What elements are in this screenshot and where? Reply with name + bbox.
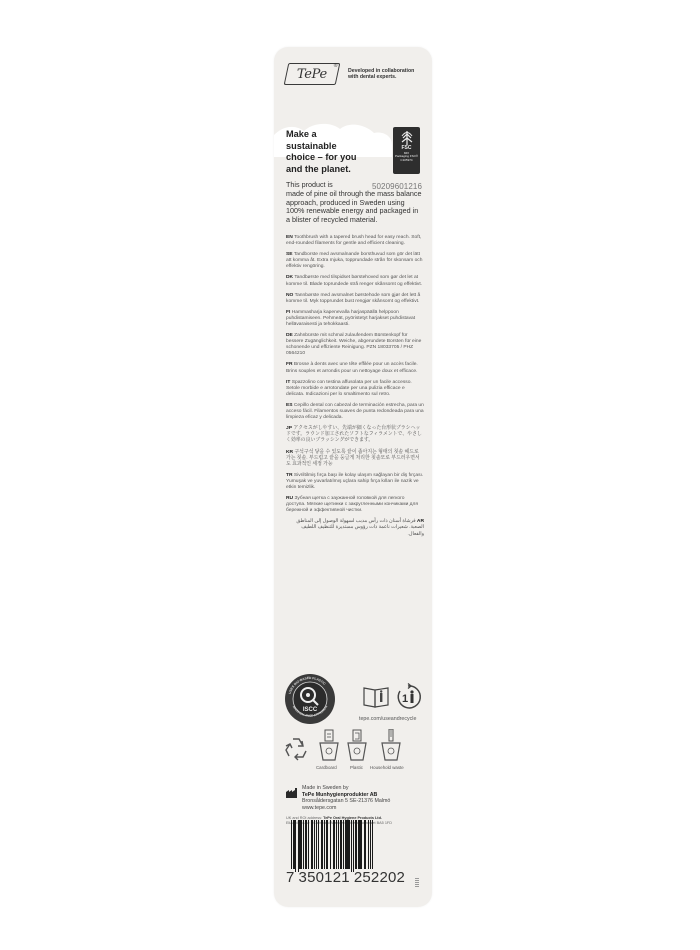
lang-se: SE Tandborste med avsmalnande borsthuvud…: [286, 252, 424, 270]
lang-es: ES Cepillo dental con cabezal de termina…: [286, 403, 424, 421]
svg-text:ISCC: ISCC: [303, 707, 318, 713]
plastic-label: Plastic: [350, 765, 363, 770]
product-package-back: TePe ® Developed in collaboration with d…: [274, 47, 432, 907]
cardboard-label: Cardboard: [316, 765, 337, 770]
lang-en: EN Toothbrush with a tapered brush head …: [286, 235, 424, 247]
lang-ar: AR فرشاة أسنان ذات رأس مدبب لسهولة الوصو…: [286, 519, 424, 537]
iscc-badge-icon: ISCC USES BIO-BASED PLASTIC MASS BALANCE…: [284, 673, 336, 725]
barcode-digits: 7350121252202: [286, 869, 405, 886]
lot-code: [415, 878, 419, 888]
lang-dk: DK Tandbørste med tilspidset børstehoved…: [286, 275, 424, 287]
cardboard-bin-icon: [318, 729, 340, 763]
household-waste-bin-icon: [380, 729, 402, 763]
factory-icon: [286, 788, 298, 798]
svg-text:1: 1: [402, 693, 408, 705]
lang-kr: KR 구석구석 닿을 수 있도록 끝이 좁아지는 형태의 칫솔 헤드로 가는 칫…: [286, 450, 424, 468]
lang-tr: TR Sivriltilmiş fırça başı ile kolay ula…: [286, 473, 424, 491]
disposal-instructions: Cardboard Plastic Household waste: [284, 729, 424, 775]
intro-text: 50209601216 This product is made of pine…: [286, 181, 424, 225]
fsc-label: FSC MIX Packaging FSC® C105974: [393, 127, 420, 174]
fsc-tree-icon: [399, 130, 415, 146]
language-descriptions: EN Toothbrush with a tapered brush head …: [286, 235, 424, 538]
recycle-url[interactable]: tepe.com/useandrecycle: [359, 716, 416, 722]
article-code: 50209601216: [372, 183, 422, 192]
lang-it: IT Spazzolino con testina affusolata per…: [286, 380, 424, 398]
lang-jp: JP アクセスがしやすい、先端が細くなった台形状ブラシヘッドです。ラウンド加工さ…: [286, 426, 424, 444]
recycle-icon: [284, 735, 310, 763]
lang-de: DE Zahnbürste mit schmal zulaufendem Bür…: [286, 333, 424, 357]
plastic-bin-icon: [346, 729, 368, 763]
lang-fi: FI Hammasharja kapenevalla harjaspäällä …: [286, 310, 424, 328]
lang-fr: FR Brosse à dents avec une tête effilée …: [286, 362, 424, 374]
instructions-book-icon: [362, 685, 390, 709]
certification-icons: ISCC USES BIO-BASED PLASTIC MASS BALANCE…: [284, 673, 424, 729]
household-waste-label: Household waste: [370, 765, 404, 770]
brand-header: TePe ® Developed in collaboration with d…: [286, 61, 426, 87]
manufacturer-website[interactable]: www.tepe.com: [302, 805, 426, 812]
lang-ru: RU Зубная щетка с заужанной головкой для…: [286, 496, 424, 514]
brand-tagline: Developed in collaboration with dental e…: [348, 68, 418, 81]
barcode-bars: [291, 820, 405, 872]
single-user-icon: 1: [394, 683, 422, 711]
tepe-logo: TePe ®: [284, 63, 341, 85]
lang-no: NO Tannbørste med avsmalnet børstehode s…: [286, 293, 424, 305]
ean-barcode: 7350121252202: [286, 820, 420, 890]
headline: Make a sustainable choice – for you and …: [286, 129, 366, 175]
main-content: Make a sustainable choice – for you and …: [286, 129, 424, 543]
